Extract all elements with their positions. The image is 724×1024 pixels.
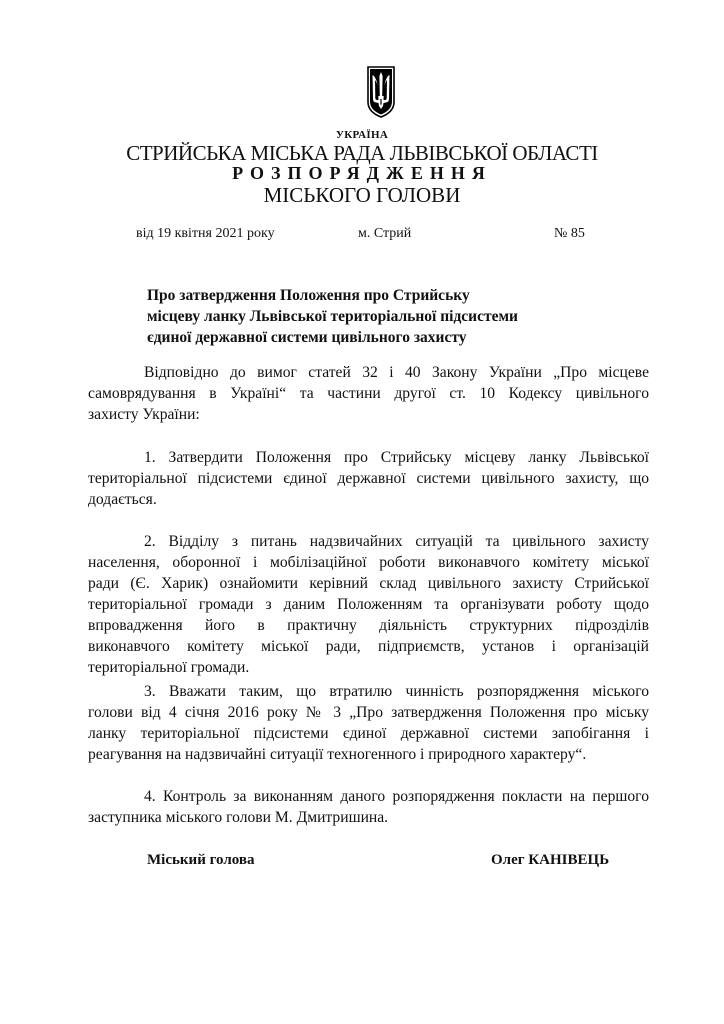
trident-coat-of-arms-icon — [367, 66, 395, 118]
text-line: 4. Контроль за виконанням даного розпоря… — [88, 786, 649, 807]
item-3-paragraph: 3. Вважати таким, що втратилю чинність р… — [88, 681, 649, 765]
text-line: Відповідно до вимог статей 32 і 40 Закон… — [88, 362, 649, 383]
text-line: ланку територіальної підсистеми єдиної д… — [88, 723, 649, 744]
subject-line: місцеву ланку Львівської територіальної … — [147, 306, 567, 327]
item-2-paragraph: 2. Відділу з питань надзвичайних ситуаці… — [88, 531, 649, 678]
text-line: територіальної громади з даним Положення… — [88, 594, 649, 615]
country-name: УКРАЇНА — [0, 129, 724, 141]
text-line: територіальної підсистеми єдиної державн… — [88, 468, 649, 489]
issuing-authority: МІСЬКОГО ГОЛОВИ — [0, 183, 724, 208]
document-date: від 19 квітня 2021 року — [136, 226, 275, 242]
item-1-paragraph: 1. Затвердити Положення про Стрийську мі… — [88, 447, 649, 510]
text-line: голови від 4 січня 2016 року № 3 „Про за… — [88, 702, 649, 723]
subject-line: єдиної державної системи цивільного захи… — [147, 327, 567, 348]
text-line: населення, оборонної і мобілізаційної ро… — [88, 552, 649, 573]
text-line: 2. Відділу з питань надзвичайних ситуаці… — [88, 531, 649, 552]
text-line: захисту України: — [88, 404, 649, 425]
document-subject: Про затвердження Положення про Стрийську… — [147, 285, 567, 348]
text-line: територіальної громади. — [88, 657, 649, 678]
document-place: м. Стрий — [358, 226, 411, 242]
text-line: 3. Вважати таким, що втратилю чинність р… — [88, 681, 649, 702]
text-line: реагування на надзвичайні ситуації техно… — [88, 744, 649, 765]
text-line: 1. Затвердити Положення про Стрийську мі… — [88, 447, 649, 468]
text-line: самоврядування в Україні“ та частини дру… — [88, 383, 649, 404]
document-page: УКРАЇНА СТРИЙСЬКА МІСЬКА РАДА ЛЬВІВСЬКОЇ… — [0, 0, 724, 1024]
subject-line: Про затвердження Положення про Стрийську — [147, 285, 567, 306]
signatory-role: Міський голова — [147, 852, 254, 869]
document-number: № 85 — [554, 226, 585, 242]
text-line: виконавчого комітету міської ради, підпр… — [88, 636, 649, 657]
text-line: додається. — [88, 489, 649, 510]
document-type: РОЗПОРЯДЖЕННЯ — [0, 163, 724, 184]
preamble-paragraph: Відповідно до вимог статей 32 і 40 Закон… — [88, 362, 649, 425]
signatory-name: Олег КАНІВЕЦЬ — [491, 852, 609, 869]
text-line: заступника міського голови М. Дмитришина… — [88, 807, 649, 828]
text-line: ради (Є. Харик) ознайомити керівний скла… — [88, 573, 649, 594]
item-4-paragraph: 4. Контроль за виконанням даного розпоря… — [88, 786, 649, 828]
text-line: впровадження його в практичну діяльність… — [88, 615, 649, 636]
